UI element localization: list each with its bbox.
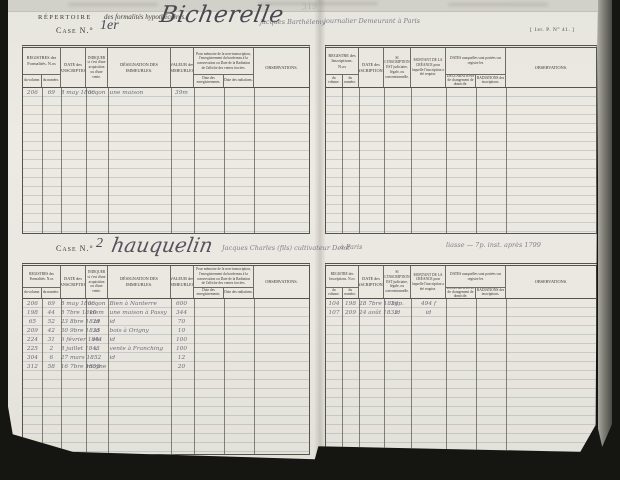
table-row: 198 44 8 7bre 1810 idem une maison à Pas… (23, 308, 309, 317)
col-declarations: Date des enregistrements. (194, 75, 224, 87)
case2-label: Case N.° (56, 244, 94, 253)
table-row: 104 198 28 7bre 1826 hyp. 494 f (326, 299, 596, 308)
col-registres: REGISTRES des Formalités. N.os du volume… (23, 266, 61, 298)
cell-numero: 31 (42, 337, 61, 343)
cell-valeur: 12 (170, 355, 193, 361)
cell-designation: id (108, 319, 171, 325)
ghost-smudge (68, 3, 158, 6)
case1-number: 1er (100, 18, 119, 34)
col-designation: DÉSIGNATION DES IMMEUBLES. (108, 266, 171, 298)
cell-valeur: 100 (170, 337, 193, 343)
col-radiations: Date des radiations. (224, 75, 253, 87)
cell-type: hyp. (384, 301, 411, 307)
cell-type: vte (86, 337, 108, 343)
col-declarations: DÉCLARATIONS de changement de domicile. (446, 288, 476, 298)
col-radiations: RADIATIONS des inscriptions. (476, 288, 505, 298)
cell-volume: 224 (23, 337, 42, 343)
cell-valeur: 39m (170, 90, 193, 96)
cell-volume: 198 (23, 310, 42, 316)
cell-volume: 65 (23, 319, 42, 325)
col-indiquer: INDIQUER si c'est d'une acquisition ou d… (86, 48, 108, 87)
cell-valeur: 600 (170, 301, 193, 307)
table-header: REGISTRES des Formalités. N.os du volume… (23, 266, 309, 299)
table-header: REGISTRE des Inscriptions. N.os du volum… (326, 48, 596, 88)
col-numero: du numéro. (343, 288, 359, 298)
cell-designation: une maison à Passy (108, 310, 171, 316)
cell-volume: 206 (23, 301, 42, 307)
cell-valeur: 10 (170, 328, 193, 334)
cell-designation: bois à Origny (108, 328, 171, 334)
col-observations: OBSERVATIONS. (506, 48, 596, 87)
col-volume: du volume. (326, 75, 343, 87)
table-row: 224 31 6 février 1841 vte id 100 (23, 335, 309, 344)
table-body (326, 88, 596, 233)
col-numero: du numéro. (42, 75, 60, 87)
col-dates: Pour mémoire de la non-transcription, l'… (194, 266, 254, 298)
cell-date: 8 may 1806 (61, 301, 86, 307)
ghost-smudge (448, 3, 548, 6)
scanned-register-spread: { "meta": { "page_ref": "[ 1er. P. N° 41… (0, 0, 620, 480)
case2-name: hauquelin (110, 235, 214, 255)
cell-valeur: 100 (170, 346, 193, 352)
col-volume: du volume. (23, 288, 42, 298)
col-radiations: RADIATIONS des inscriptions. (476, 75, 505, 87)
cell-volume: 104 (326, 301, 342, 307)
cell-designation: Bien à Nanterre (108, 301, 171, 307)
cell-date: 8 7bre 1810 (61, 310, 86, 316)
case1-details: journalier Demeurant à Paris (324, 17, 420, 25)
col-declarations: Date des enregistrements. (194, 288, 224, 298)
table-body: 104 198 28 7bre 1826 hyp. 494 f 107 209 … (326, 299, 596, 454)
col-montant: MONTANT DE LA CRÉANCE pour laquelle l'in… (411, 48, 446, 87)
col-numero: du numéro. (42, 288, 60, 298)
table-row: 209 42 30 9bre 1835 id bois à Origny 10 (23, 326, 309, 335)
col-dates: DATES auxquelles sont portées sur regist… (446, 266, 506, 298)
cell-type: idem (86, 310, 108, 316)
page-reference: [ 1er. P. N° 41. ] (530, 27, 575, 33)
col-date: DATE des TRANSCRIPTIONS. (61, 266, 86, 298)
cell-date: 16 7bre 1858 (61, 364, 86, 370)
table-header: REGISTRE des Inscriptions. N.os du volum… (326, 266, 596, 299)
col-observations: OBSERVATIONS. (254, 48, 309, 87)
cell-type: v. (86, 346, 108, 352)
book-page-edge (598, 0, 612, 456)
cell-numero: 6 (42, 355, 61, 361)
col-observations: OBSERVATIONS. (506, 266, 596, 298)
cell-designation: une maison (108, 90, 171, 96)
col-volume: du volume. (326, 288, 343, 298)
col-valeur: VALEUR des IMMEUBLES. (171, 266, 194, 298)
col-dates: Pour mémoire de la non-transcription, l'… (194, 48, 254, 87)
col-montant: MONTANT DE LA CRÉANCE pour laquelle l'in… (411, 266, 446, 298)
cell-type: id (86, 328, 108, 334)
cell-designation: vente à Franching (108, 346, 171, 352)
column-rule (342, 88, 343, 233)
case1-name-suffix: jacques Barthélemy (260, 18, 325, 26)
cell-numero: 198 (342, 301, 359, 307)
col-registres: REGISTRE des Inscriptions. N.os du volum… (326, 266, 359, 298)
cell-type: moyne (86, 364, 108, 370)
cell-designation: id (108, 337, 171, 343)
table-body: 206 69 8 may 1806 acqon Bien à Nanterre … (23, 299, 309, 454)
cell-montant: 494 f (411, 301, 446, 307)
cell-montant: id (411, 310, 446, 316)
case2-name-suffix: Jacques Charles (fils) cultivateur Demt (222, 244, 350, 252)
cell-date: 23 8bre 1829 (61, 319, 86, 325)
cell-numero: 52 (42, 319, 61, 325)
cell-numero: 2 (42, 346, 61, 352)
cell-date: 30 9bre 1835 (61, 328, 86, 334)
column-rule (42, 88, 43, 233)
table-row: 304 6 27 mars 1852 id 12 (23, 353, 309, 362)
cell-type: acqon (86, 90, 108, 96)
case1-transcriptions-table: REGISTRES des Formalités. N.os du volume… (22, 45, 310, 234)
table-body: 206 69 8 may 1806 acqon une maison 39m (23, 88, 309, 233)
case1-inscriptions-table: REGISTRE des Inscriptions. N.os du volum… (325, 45, 597, 234)
col-registres: REGISTRE des Inscriptions. N.os du volum… (326, 48, 359, 87)
col-dates: DATES auxquelles sont portées sur regist… (446, 48, 506, 87)
column-rule (42, 299, 43, 454)
cell-designation: id (108, 355, 171, 361)
case1-ghost-note: 319 (302, 1, 318, 12)
cell-date: 6 février 1841 (61, 337, 86, 343)
col-valeur: VALEUR des IMMEUBLES. (171, 48, 194, 87)
cell-numero: 44 (42, 310, 61, 316)
register-title-caps: RÉPERTOIRE (38, 14, 92, 21)
table-row: 206 69 8 may 1806 acqon une maison 39m (23, 88, 309, 97)
col-date: DATE des INSCRIPTIONS. (359, 48, 384, 87)
case2-inscriptions-table: REGISTRE des Inscriptions. N.os du volum… (325, 263, 597, 455)
cell-volume: 206 (23, 90, 42, 96)
case2-details: à Paris (340, 243, 362, 251)
cell-date: 8 may 1806 (61, 90, 86, 96)
cell-valeur: 20 (170, 364, 193, 370)
col-date: DATE des INSCRIPTIONS. (359, 266, 384, 298)
paper: RÉPERTOIRE des formalités hypothécaires.… (8, 0, 598, 462)
cell-volume: 107 (326, 310, 342, 316)
col-registres: REGISTRES des Formalités. N.os du volume… (23, 48, 61, 87)
case2-note: liasse — 7p. inst. après 1799 (446, 241, 541, 249)
table-row: 107 209 24 août 1833 id id (326, 308, 596, 317)
cell-volume: 312 (23, 364, 42, 370)
col-volume: du volume. (23, 75, 42, 87)
col-type: SI L'INSCRIPTION EST judiciaire, légale,… (384, 48, 411, 87)
col-designation: DÉSIGNATION DES IMMEUBLES. (108, 48, 171, 87)
cell-volume: 225 (23, 346, 42, 352)
cell-valeur: 70 (170, 319, 193, 325)
cell-valeur: 344 (170, 310, 193, 316)
cell-numero: 42 (42, 328, 61, 334)
case1-label: Case N.° (56, 26, 94, 35)
col-type: SI L'INSCRIPTION EST judiciaire, légale,… (384, 266, 411, 298)
cell-type: id (86, 319, 108, 325)
cell-numero: 209 (342, 310, 359, 316)
cell-volume: 209 (23, 328, 42, 334)
table-row: 206 69 8 may 1806 acqon Bien à Nanterre … (23, 299, 309, 308)
table-row: 65 52 23 8bre 1829 id id 70 (23, 317, 309, 326)
table-row: 225 2 8 juillet 1843 v. vente à Franchin… (23, 344, 309, 353)
col-numero: du numéro. (343, 75, 359, 87)
col-radiations: Date des radiations. (224, 288, 253, 298)
cell-date: 24 août 1833 (359, 310, 384, 316)
cell-numero: 58 (42, 364, 61, 370)
col-indiquer: INDIQUER si c'est d'une acquisition ou d… (86, 266, 108, 298)
column-rule (342, 299, 343, 454)
cell-date: 8 juillet 1843 (61, 346, 86, 352)
col-date: DATE des TRANSCRIPTIONS. (61, 48, 86, 87)
cell-type: id (384, 310, 411, 316)
col-declarations: DÉCLARATIONS de changement de domicile. (446, 75, 476, 87)
cell-numero: 69 (42, 301, 61, 307)
cell-volume: 304 (23, 355, 42, 361)
case2-transcriptions-table: REGISTRES des Formalités. N.os du volume… (22, 263, 310, 455)
case2-number: 2 (96, 236, 103, 252)
cell-date: 28 7bre 1826 (359, 301, 384, 307)
cell-type: acqon (86, 301, 108, 307)
table-row: 312 58 16 7bre 1858 moyne 20 (23, 362, 309, 371)
cell-numero: 69 (42, 90, 61, 96)
cell-date: 27 mars 1852 (61, 355, 86, 361)
table-header: REGISTRES des Formalités. N.os du volume… (23, 48, 309, 88)
col-observations: OBSERVATIONS. (254, 266, 309, 298)
